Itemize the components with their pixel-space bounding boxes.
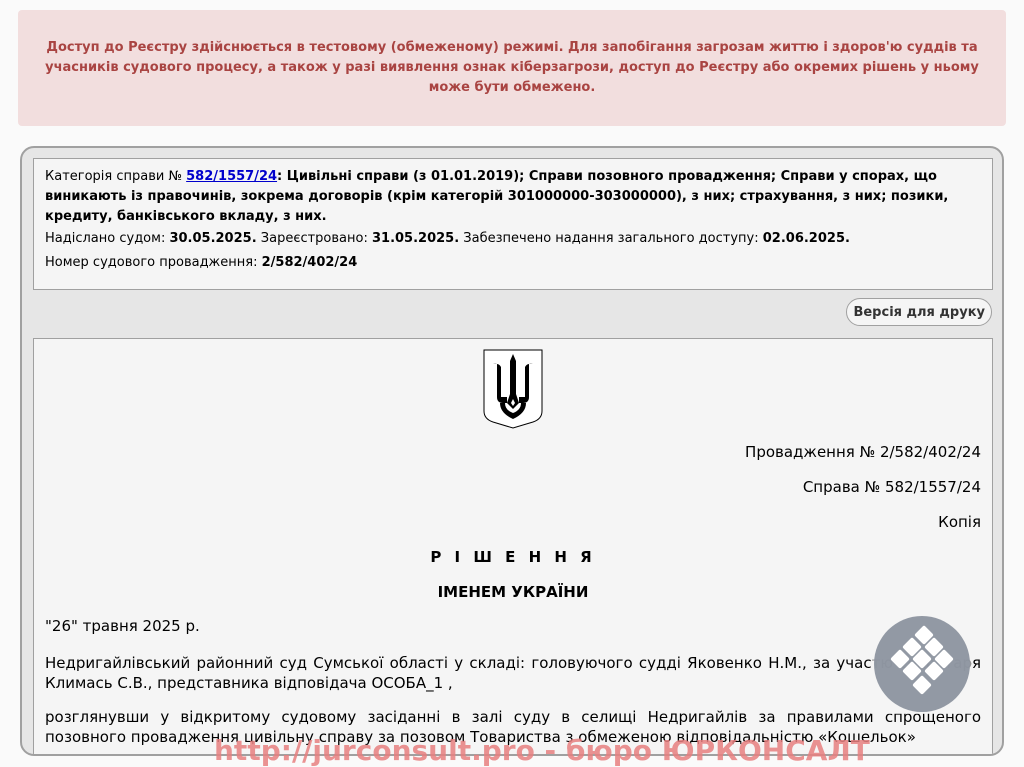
watermark-text: http://jurconsult.pro - бюро ЮРКОНСАЛТ bbox=[214, 734, 870, 767]
proceeding-heading: Провадження № 2/582/402/24 bbox=[745, 443, 981, 461]
category-label: Категорія справи № bbox=[45, 169, 186, 184]
decision-document: Провадження № 2/582/402/24 Справа № 582/… bbox=[33, 338, 993, 756]
court-composition-paragraph: Недригайлівський районний суд Сумської о… bbox=[45, 653, 981, 693]
access-label: Забезпечено надання загального доступу: bbox=[459, 231, 763, 246]
case-number-link[interactable]: 582/1557/24 bbox=[186, 169, 277, 184]
sent-label: Надіслано судом: bbox=[45, 231, 169, 246]
decision-container: Категорія справи № 582/1557/24: Цивільні… bbox=[20, 146, 1004, 756]
decision-title: Р І Ш Е Н Н Я bbox=[34, 548, 992, 566]
print-version-button[interactable]: Версія для друку bbox=[846, 298, 992, 326]
access-notice-banner: Доступ до Реєстру здійснюється в тестово… bbox=[18, 10, 1006, 126]
sent-date: 30.05.2025. bbox=[169, 231, 256, 246]
registered-label: Зареєстровано: bbox=[257, 231, 372, 246]
proceeding-label: Номер судового провадження: bbox=[45, 255, 262, 270]
decision-date: "26" травня 2025 р. bbox=[45, 616, 981, 636]
case-info-panel: Категорія справи № 582/1557/24: Цивільні… bbox=[33, 158, 993, 290]
tryzub-icon bbox=[483, 349, 543, 429]
access-date: 02.06.2025. bbox=[763, 231, 850, 246]
puzzle-badge-icon[interactable] bbox=[871, 614, 971, 714]
registered-date: 31.05.2025. bbox=[372, 231, 459, 246]
proceeding-number: 2/582/402/24 bbox=[262, 255, 358, 270]
case-heading: Справа № 582/1557/24 bbox=[803, 478, 981, 496]
copy-label: Копія bbox=[938, 513, 981, 531]
access-notice-text: Доступ до Реєстру здійснюється в тестово… bbox=[34, 38, 990, 98]
case-dates: Надіслано судом: 30.05.2025. Зареєстрова… bbox=[45, 229, 981, 249]
decision-subtitle: ІМЕНЕМ УКРАЇНИ bbox=[34, 583, 992, 601]
proceeding-info: Номер судового провадження: 2/582/402/24 bbox=[45, 253, 981, 273]
case-category: Категорія справи № 582/1557/24: Цивільні… bbox=[45, 167, 981, 227]
